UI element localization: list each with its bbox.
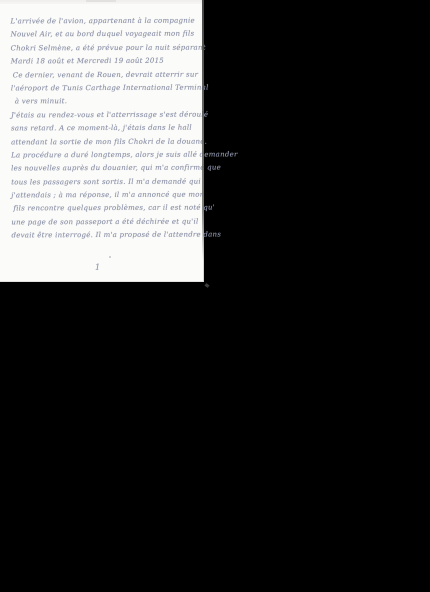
scan-viewer-background: L'arrivée de l'avion, appartenant à la c…	[0, 0, 430, 592]
page-number: 1	[95, 263, 100, 272]
handwritten-line: Mardi 18 août et Mercredi 19 août 2015	[11, 55, 201, 69]
page-edge-shadow	[202, 0, 204, 260]
scan-top-edge-artifact	[0, 0, 204, 4]
handwritten-line: La procédure a duré longtemps, alors je …	[11, 148, 201, 162]
handwritten-line: J'étais au rendez-vous et l'atterrissage…	[11, 108, 201, 122]
scanned-letter-page: L'arrivée de l'avion, appartenant à la c…	[0, 0, 204, 282]
handwritten-line: une page de son passeport a été déchirée…	[11, 215, 201, 229]
handwritten-line: tous les passagers sont sortis. Il m'a d…	[11, 175, 201, 189]
handwritten-line: fils rencontre quelques problèmes, car i…	[11, 202, 201, 216]
handwritten-line: L'arrivée de l'avion, appartenant à la c…	[11, 15, 201, 29]
handwritten-line: Chokri Selmène, a été prévue pour la nui…	[11, 41, 201, 55]
scan-smudge-artifact	[86, 0, 116, 2]
handwritten-line: sans retard. A ce moment-là, j'étais dan…	[11, 122, 201, 136]
handwritten-line: les nouvelles auprès du douanier, qui m'…	[11, 162, 201, 176]
handwritten-line: à vers minuit.	[11, 95, 201, 109]
letter-body: L'arrivée de l'avion, appartenant à la c…	[11, 15, 202, 243]
handwritten-line: j'attendais ; à ma réponse, il m'a annon…	[11, 189, 201, 203]
handwritten-line: Nouvel Air, et au bord duquel voyageait …	[11, 28, 201, 42]
handwritten-line: attendant la sortie de mon fils Chokri d…	[11, 135, 201, 149]
handwritten-line: Ce dernier, venant de Rouen, devrait att…	[11, 68, 201, 82]
handwritten-line: l'aéroport de Tunis Carthage Internation…	[11, 82, 201, 96]
ink-dot-artifact	[109, 256, 111, 258]
scan-corner-speck-artifact	[205, 283, 210, 288]
handwritten-line: devait être interrogé. Il m'a proposé de…	[11, 229, 201, 243]
